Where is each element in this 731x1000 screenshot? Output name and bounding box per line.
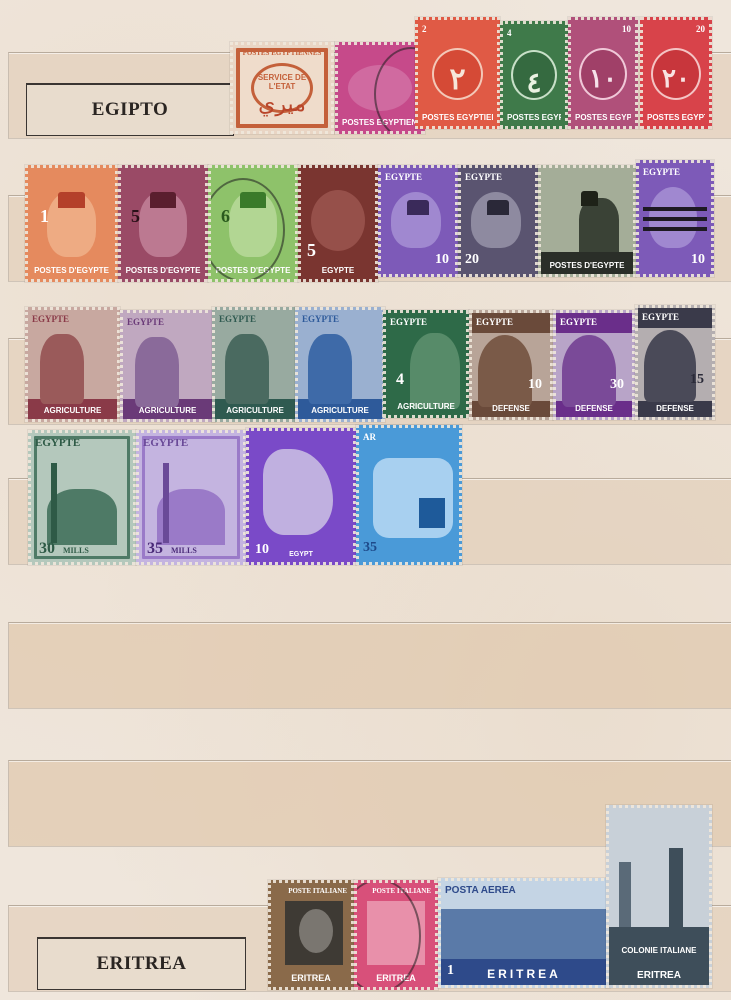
stamp-value: ١٠ <box>571 64 635 94</box>
stamp-farouk-20-grey[interactable]: EGYPTE 20 <box>458 165 538 277</box>
stamp-defense-30[interactable]: EGYPTE 30 DEFENSE <box>553 310 635 420</box>
stamp-bottom-text: POSTES D'EGYPTE <box>32 266 111 275</box>
stamp-farouk-10-overprint[interactable]: EGYPTE 10 <box>636 160 714 277</box>
stamp-top-text: 2 <box>422 24 493 34</box>
stamp-bottom-text: POSTES EGYPTIENNES <box>422 113 493 122</box>
section-label-text: ERITREA <box>96 953 186 975</box>
stamp-value: 30 <box>610 377 624 393</box>
stamp-bottom-text: POSTES EGYPTIENNES <box>507 113 561 122</box>
stamp-bottom-text: DEFENSE <box>476 404 546 413</box>
stamp-top-text: 20 <box>647 24 705 34</box>
stamp-top-text: EGYPTE <box>476 317 546 327</box>
stamp-center-text: SERVICE DE L'ETAT <box>253 73 311 91</box>
overprint-bars <box>643 207 707 211</box>
stamp-value: ٢٠ <box>643 64 709 94</box>
section-label-egipto: EGIPTO <box>26 83 234 136</box>
stamp-eritrea-50-cent[interactable]: POSTE ITALIANE ERITREA <box>268 880 354 990</box>
stamp-defense-15[interactable]: EGYPTE 15 DEFENSE <box>635 305 715 420</box>
stamp-eritrea-posta-aerea[interactable]: POSTA AEREA 1 ERITREA <box>438 878 610 988</box>
stamp-defense-10[interactable]: EGYPTE 10 DEFENSE <box>469 310 553 420</box>
stamp-top-text: POSTE ITALIANE <box>275 887 347 895</box>
stamp-bottom-text: AGRICULTURE <box>32 406 113 415</box>
stamp-top-text: EGYPTE <box>219 314 291 324</box>
stamp-sphinx-pyramids[interactable]: POSTES EGYPTIENNES <box>335 42 425 134</box>
stamp-postage-due-4[interactable]: 4 ٤ POSTES EGYPTIENNES <box>500 21 568 129</box>
stamp-postage-due-10[interactable]: 10 ١٠ POSTES EGYPTIENNES <box>568 17 638 129</box>
stamp-value: 10 <box>691 252 705 268</box>
stamp-farouk-pyramids-30[interactable]: POSTES D'EGYPTE <box>538 165 636 277</box>
stamp-top-text: EGYPTE <box>465 172 531 182</box>
stamp-official-service[interactable]: POSTES EGYPTIENNES SERVICE DE L'ETAT مير… <box>230 42 334 134</box>
stamp-farouk-10-violet[interactable]: EGYPTE 10 <box>378 165 458 277</box>
stamp-bottom-text: EGYPTE <box>305 266 371 275</box>
stamp-bottom-text: DEFENSE <box>560 404 628 413</box>
stamp-top-text: EGYPTE <box>643 167 707 177</box>
stamp-bottom-text: DEFENSE <box>642 404 708 413</box>
stamp-bottom-text: POSTES EGYPTIENNES <box>647 113 705 122</box>
stamp-value: 20 <box>465 252 479 268</box>
stamp-top-text: EGYPTE <box>32 314 113 324</box>
stamp-top-text: EGYPTE <box>385 172 451 182</box>
stamp-agriculture-2[interactable]: EGYPTE AGRICULTURE <box>120 310 215 422</box>
stamp-eritrea-175-rose[interactable]: POSTE ITALIANE ERITREA <box>354 880 438 990</box>
stamp-agriculture-4[interactable]: EGYPTE 4 AGRICULTURE <box>383 310 469 418</box>
section-label-eritrea: ERITREA <box>37 937 246 990</box>
stamp-eritrea-colonie-1-lira[interactable]: COLONIE ITALIANE ERITREA <box>606 805 712 988</box>
stamp-value: 4 <box>396 371 404 389</box>
stamp-value: 15 <box>690 372 704 388</box>
stamp-bottom-text: ERITREA <box>275 973 347 983</box>
stamp-bottom-text: ERITREA <box>613 970 705 981</box>
stamp-postage-due-2[interactable]: 2 ٢ POSTES EGYPTIENNES <box>415 17 500 129</box>
stamp-bottom-text: ERITREA <box>445 967 603 981</box>
stamp-top-text: EGYPTE <box>127 317 208 327</box>
stamp-top-text: 10 <box>575 24 631 34</box>
stamp-top-text: EGYPTE <box>390 317 462 327</box>
stamp-top-text: EGYPTE <box>642 312 708 322</box>
stamp-bottom-text: POSTES EGYPTIENNES <box>575 113 631 122</box>
stamp-mosque-35-mills[interactable]: EGYPTE 35 MILLS <box>136 430 246 565</box>
stamp-mosque-30-mills[interactable]: EGYPTE 30 MILLS <box>28 430 136 565</box>
stamp-value: 35 <box>363 540 377 556</box>
stamp-pharaoh-10m[interactable]: 10 EGYPT <box>246 428 356 565</box>
stamp-value: ٢ <box>418 62 497 97</box>
stamp-caption: COLONIE ITALIANE <box>609 946 709 955</box>
stamp-top-text: EGYPTE <box>143 437 239 449</box>
stamp-value: 1 <box>40 206 49 227</box>
stamp-value: 10 <box>435 252 449 268</box>
stamp-value: 5 <box>307 240 316 261</box>
stamp-value: 5 <box>131 206 140 227</box>
stamp-top-text: EGYPTE <box>302 314 378 324</box>
stamp-bottom-text: AGRICULTURE <box>219 406 291 415</box>
stamp-fuad-5-mills[interactable]: 5 EGYPTE <box>298 165 378 282</box>
stamp-top-text: AR <box>363 432 455 442</box>
stamp-farouk-1-mill[interactable]: 1 POSTES D'EGYPTE <box>25 165 118 282</box>
stamp-agriculture-3-green[interactable]: EGYPTE AGRICULTURE <box>212 307 298 422</box>
stamp-bottom-text: EGYPT <box>253 551 349 558</box>
stamp-unit: MILLS <box>63 546 89 555</box>
stamp-farouk-6-mills[interactable]: 6 POSTES D'EGYPTE <box>208 165 298 282</box>
stamp-agriculture-3-blue[interactable]: EGYPTE AGRICULTURE <box>295 307 385 422</box>
stamp-bottom-text: AGRICULTURE <box>127 406 208 415</box>
stamp-value: 10 <box>528 377 542 393</box>
section-label-text: EGIPTO <box>92 99 169 121</box>
stamp-album-page: EGIPTO ERITREA POSTES EGYPTIENNES SERVIC… <box>0 0 731 1000</box>
stamp-bottom-text: AGRICULTURE <box>390 402 462 411</box>
stamp-bottom-text: POSTES D'EGYPTE <box>545 261 629 270</box>
stamp-top-text: 4 <box>507 28 561 38</box>
stamp-postage-due-20[interactable]: 20 ٢٠ POSTES EGYPTIENNES <box>640 17 712 129</box>
stamp-value: 30 <box>39 540 55 558</box>
stamp-top-text: POSTA AEREA <box>445 885 603 896</box>
stamp-bottom-text: POSTES D'EGYPTE <box>125 266 201 275</box>
stamp-value: 35 <box>147 540 163 558</box>
stamp-uar-cargo-35m[interactable]: AR 35 <box>356 425 462 565</box>
stamp-top-text: POSTES EGYPTIENNES <box>237 49 327 57</box>
stamp-value: ٤ <box>503 66 565 100</box>
stamp-top-text: EGYPTE <box>35 437 129 449</box>
stamp-agriculture-1[interactable]: EGYPTE AGRICULTURE <box>25 307 120 422</box>
stamp-farouk-5-mills[interactable]: 5 POSTES D'EGYPTE <box>118 165 208 282</box>
stamp-bottom-text: AGRICULTURE <box>302 406 378 415</box>
stamp-top-text: EGYPTE <box>560 317 628 327</box>
stamp-unit: MILLS <box>171 546 197 555</box>
stock-strip-5 <box>8 622 731 709</box>
